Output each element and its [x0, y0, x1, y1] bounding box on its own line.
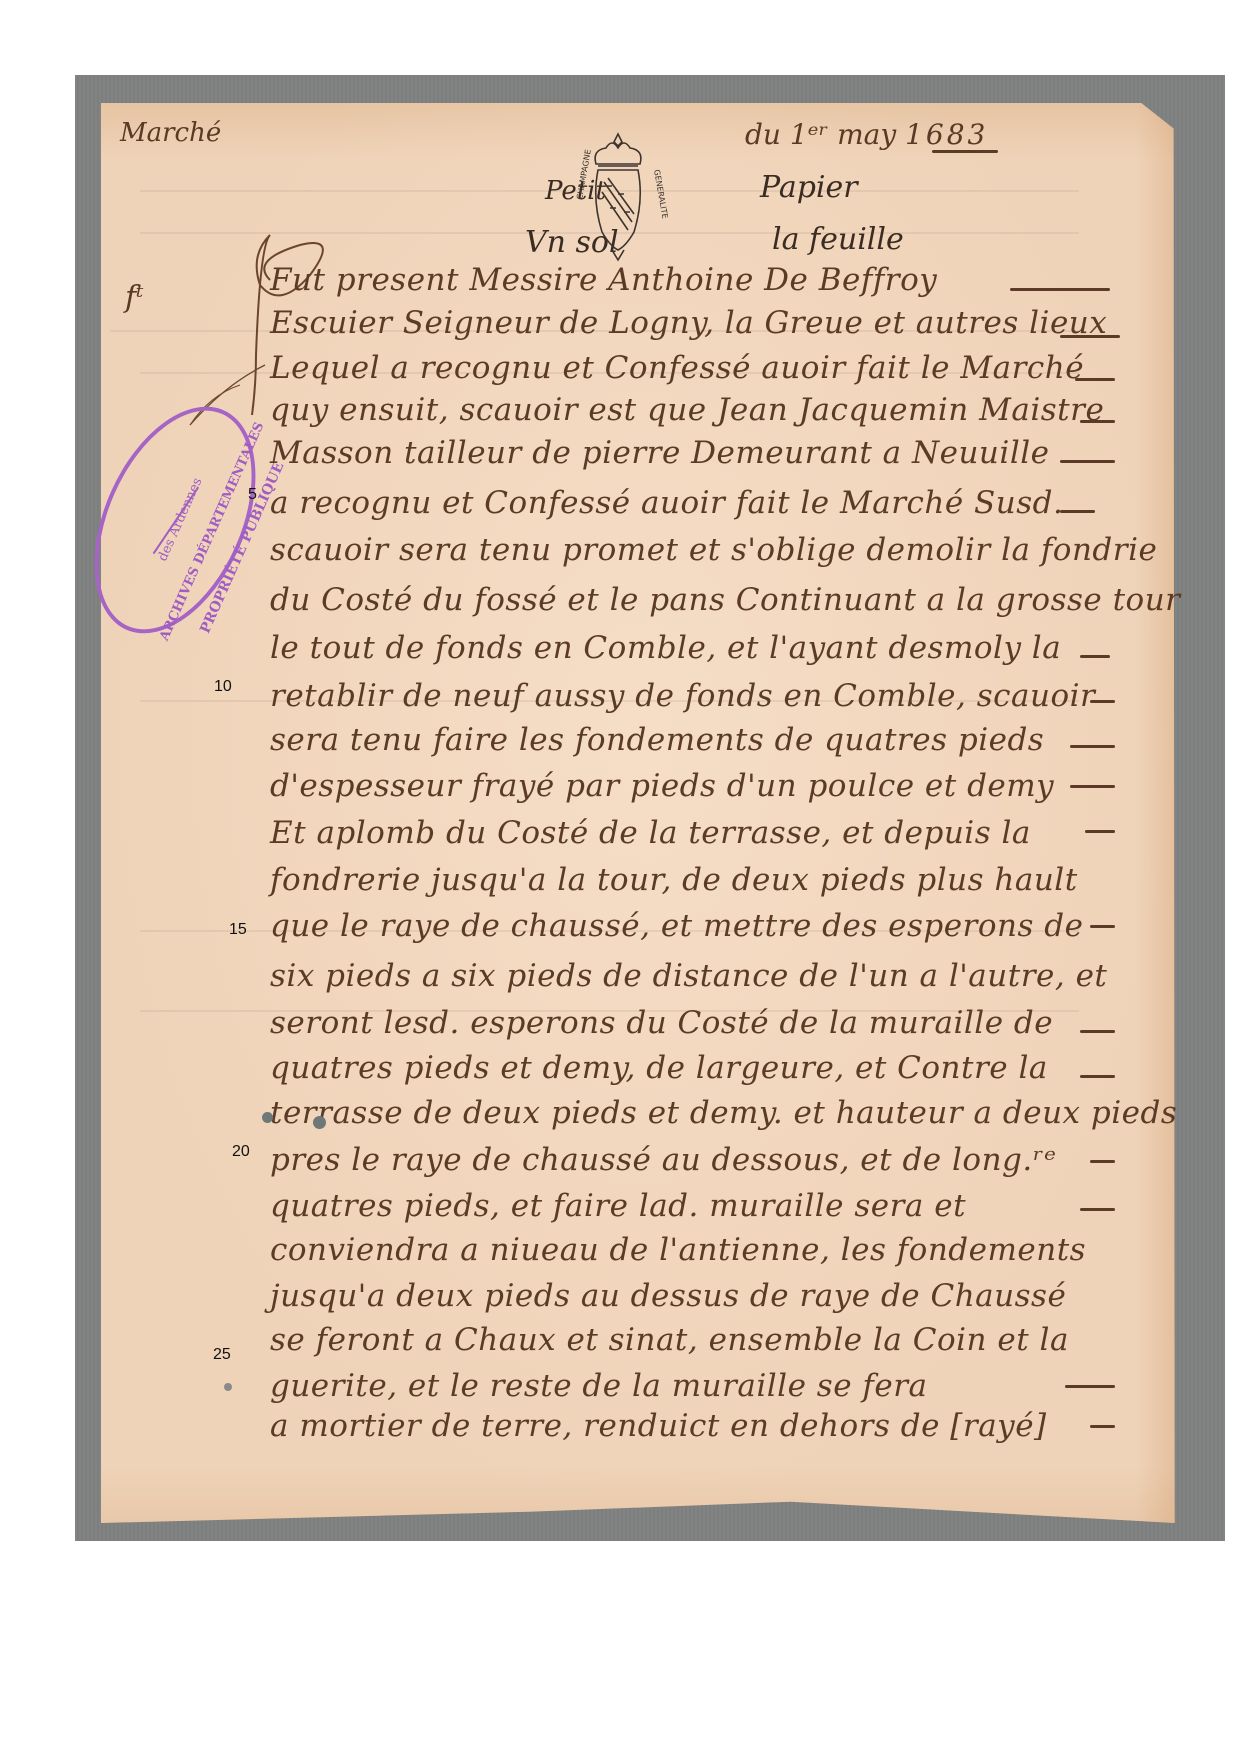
manuscript-line-15: que le raye de chaussé, et mettre des es… — [270, 908, 1083, 944]
line-filler-dash — [1090, 1425, 1115, 1428]
svg-text:GENERALITE: GENERALITE — [652, 169, 668, 220]
line-filler-dash — [1070, 785, 1115, 788]
line-filler-dash — [1080, 1208, 1115, 1211]
line-number-25: 25 — [213, 1346, 231, 1364]
manuscript-line-4: quy ensuit, scauoir est que Jean Jacquem… — [270, 392, 1104, 428]
manuscript-line-18: quatres pieds et demy, de largeure, et C… — [270, 1050, 1048, 1086]
line-number-5: 5 — [248, 486, 257, 504]
line-filler-dash — [1090, 1160, 1115, 1163]
manuscript-line-2: Escuier Seigneur de Logny, la Greue et a… — [270, 305, 1107, 341]
manuscript-line-21: quatres pieds, et faire lad. muraille se… — [270, 1188, 966, 1224]
line-filler-dash — [1080, 420, 1115, 423]
manuscript-line-8: du Costé du fossé et le pans Continuant … — [270, 582, 1181, 618]
line-filler-dash — [1080, 1030, 1115, 1033]
manuscript-line-7: scauoir sera tenu promet et s'oblige dem… — [270, 532, 1157, 568]
line-filler-dash — [1065, 1385, 1115, 1388]
initial-letter-flourish — [180, 170, 380, 430]
manuscript-line-24: se feront a Chaux et sinat, ensemble la … — [270, 1322, 1069, 1358]
manuscript-line-23: jusqu'a deux pieds au dessus de raye de … — [270, 1278, 1066, 1314]
margin-title: Marché — [120, 118, 221, 148]
line-filler-dash — [1080, 1075, 1115, 1078]
line-filler-dash — [1080, 655, 1110, 658]
stamped-paper-la-feuille: la feuille — [772, 222, 904, 257]
manuscript-line-14: fondrerie jusqu'a la tour, de deux pieds… — [270, 862, 1078, 898]
line-filler-dash — [1070, 745, 1115, 748]
manuscript-line-6: a recognu et Confessé auoir fait le Marc… — [270, 485, 1063, 521]
line-filler-dash — [1060, 335, 1120, 338]
line-filler-dash — [1060, 510, 1095, 513]
marker-dot — [262, 1112, 273, 1123]
line-filler-dash — [1090, 700, 1115, 703]
manuscript-line-25: guerite, et le reste de la muraille se f… — [270, 1368, 928, 1404]
line-filler-dash — [1085, 830, 1115, 833]
line-filler-dash — [1010, 288, 1110, 291]
marker-dot — [313, 1116, 326, 1129]
line-filler-dash — [1075, 378, 1115, 381]
manuscript-line-26: a mortier de terre, renduict en dehors d… — [270, 1408, 1047, 1444]
manuscript-line-13: Et aplomb du Costé de la terrasse, et de… — [270, 815, 1031, 851]
manuscript-line-10: retablir de neuf aussy de fonds en Combl… — [270, 678, 1095, 714]
manuscript-line-17: seront lesd. esperons du Costé de la mur… — [270, 1005, 1053, 1041]
line-number-15: 15 — [229, 921, 247, 939]
date-year: 1683 — [905, 118, 988, 151]
manuscript-line-5: Masson tailleur de pierre Demeurant a Ne… — [270, 435, 1050, 471]
line-filler-dash — [1060, 460, 1115, 463]
line-number-20: 20 — [232, 1143, 250, 1161]
manuscript-line-22: conviendra a niueau de l'antienne, les f… — [270, 1232, 1086, 1268]
margin-note: fᵗ — [125, 280, 144, 315]
line-number-10: 10 — [214, 678, 232, 696]
manuscript-line-1: Fut present Messire Anthoine De Beffroy — [270, 262, 937, 298]
manuscript-line-3: Lequel a recognu et Confessé auoir fait … — [270, 350, 1084, 386]
svg-text:CHAMPAGNE: CHAMPAGNE — [575, 149, 593, 201]
manuscript-line-19: terrasse de deux pieds et demy. et haute… — [270, 1095, 1177, 1131]
manuscript-line-11: sera tenu faire les fondements de quatre… — [270, 722, 1044, 758]
manuscript-line-20: pres le raye de chaussé au dessous, et d… — [270, 1142, 1057, 1178]
manuscript-line-16: six pieds a six pieds de distance de l'u… — [270, 958, 1107, 994]
date-header: du 1ᵉʳ may 1683 — [745, 118, 988, 151]
manuscript-line-12: d'espesseur frayé par pieds d'un poulce … — [270, 768, 1054, 804]
date-underline — [932, 150, 998, 153]
marker-dot — [224, 1383, 232, 1391]
manuscript-line-9: le tout de fonds en Comble, et l'ayant d… — [270, 630, 1061, 666]
royal-seal-icon: CHAMPAGNE GENERALITE — [568, 130, 668, 270]
date-prefix: du 1ᵉʳ may — [745, 118, 905, 151]
stamped-paper-papier: Papier — [760, 170, 858, 205]
line-filler-dash — [1090, 925, 1115, 928]
